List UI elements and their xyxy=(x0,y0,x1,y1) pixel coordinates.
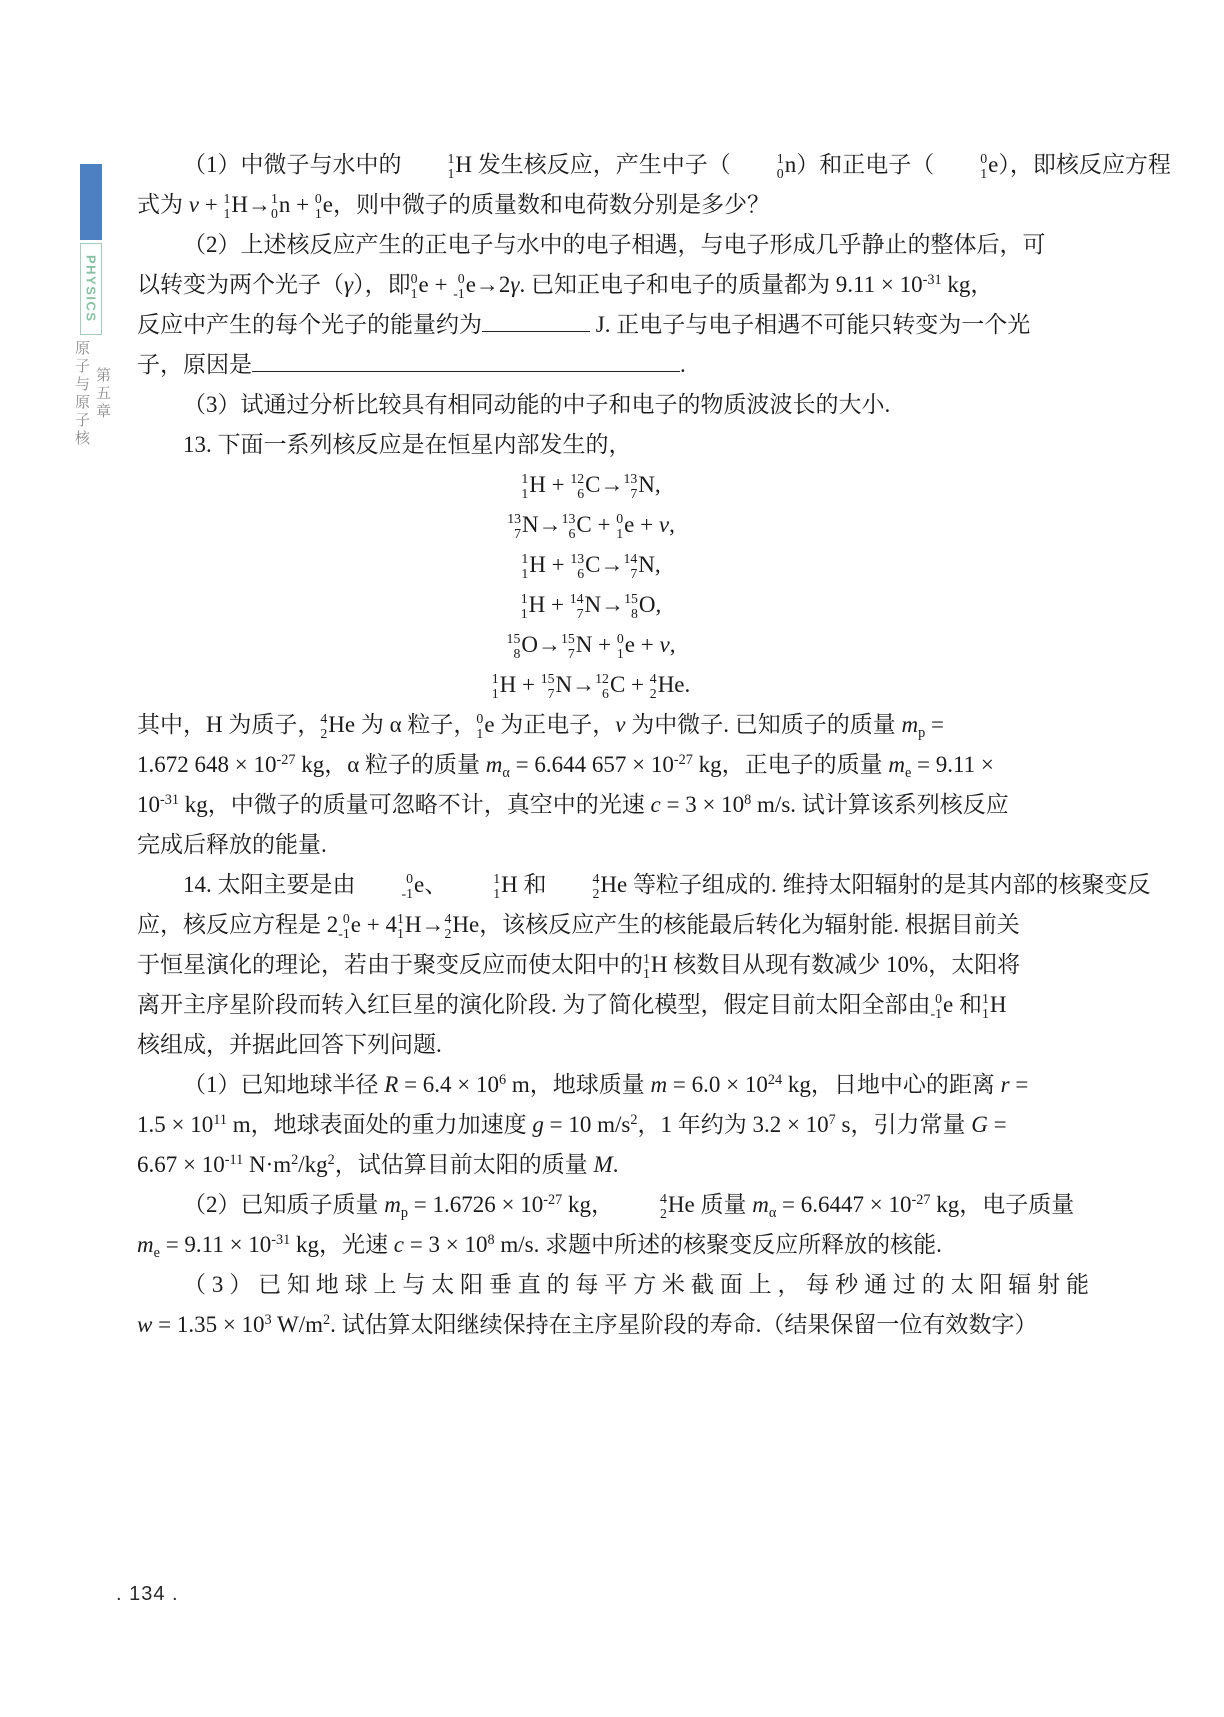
nuclide-symbol: e xyxy=(988,152,998,177)
text-line: 完成后释放的能量. xyxy=(137,825,1089,865)
chapter-number: 第五章 xyxy=(92,367,113,421)
nuclide-mass-charge: 11 xyxy=(521,472,528,501)
nuclide-symbol: He xyxy=(600,872,627,897)
superscript: -27 xyxy=(276,752,295,768)
text-line: 14. 太阳主要是由0-1e、11H 和42He 等粒子组成的. 维持太阳辐射的… xyxy=(137,865,1089,905)
nuclide-N: 147N xyxy=(623,552,654,577)
nuclide-e: 01e xyxy=(411,272,429,297)
nuclide-mass-charge: 01 xyxy=(411,272,418,301)
nuclide-n: 10n xyxy=(731,152,796,177)
nuclide-e: 0-1e xyxy=(453,272,476,297)
superscript: 2 xyxy=(323,1312,330,1328)
nuclide-symbol: H xyxy=(529,592,546,617)
nuclide-e: 0-1e xyxy=(356,872,425,897)
math-symbol: g xyxy=(532,1112,544,1137)
text-line: w = 1.35 × 103 W/m2. 试估算太阳继续保持在主序星阶段的寿命.… xyxy=(137,1305,1089,1345)
text-line: （2）上述核反应产生的正电子与水中的电子相遇，与电子形成几乎静止的整体后，可 xyxy=(137,225,1089,265)
nuclide-e: 01e xyxy=(617,632,635,657)
subscript: α xyxy=(769,1205,776,1221)
superscript: 3 xyxy=(265,1312,272,1328)
text-line: 1.672 648 × 10-27 kg，α 粒子的质量 mα = 6.644 … xyxy=(137,745,1089,785)
fill-in-blank xyxy=(482,311,590,332)
nuclide-mass-charge: 01 xyxy=(934,152,987,181)
subscript: α xyxy=(502,765,509,781)
nuclide-H: 11H xyxy=(521,592,546,617)
subscript: e xyxy=(154,1245,160,1261)
nuclide-symbol: H xyxy=(500,672,517,697)
math-symbol: γ xyxy=(344,272,353,297)
math-symbol: w xyxy=(137,1312,152,1337)
nuclide-symbol: H xyxy=(405,912,422,937)
nuclide-N: 137N xyxy=(507,512,538,537)
superscript: 7 xyxy=(829,1112,836,1128)
equation-line: 11H + 126C→137N, xyxy=(137,465,1089,505)
text-line: 式为 ν + 11H→10n + 01e，则中微子的质量数和电荷数分别是多少？ xyxy=(137,185,1089,225)
math-symbol: m xyxy=(384,1192,401,1217)
math-symbol: ν xyxy=(189,192,199,217)
nuclide-mass-charge: 0-1 xyxy=(356,872,414,901)
physics-label-text: PHYSICS xyxy=(84,255,99,323)
nuclide-He: 42He xyxy=(444,912,479,937)
text-line: （3）已知地球上与太阳垂直的每平方米截面上，每秒通过的太阳辐射能 xyxy=(137,1265,1089,1305)
nuclide-e: 01e xyxy=(476,712,494,737)
nuclide-mass-charge: 137 xyxy=(623,472,637,501)
nuclide-mass-charge: 137 xyxy=(507,512,521,541)
nuclide-H: 11H xyxy=(397,912,422,937)
nuclide-symbol: N xyxy=(638,472,655,497)
text-line: 13. 下面一系列核反应是在恒星内部发生的， xyxy=(137,425,1089,465)
nuclide-mass-charge: 126 xyxy=(570,472,584,501)
nuclide-symbol: C xyxy=(585,552,600,577)
nuclide-mass-charge: 11 xyxy=(982,992,989,1021)
nuclide-e: 01e xyxy=(616,512,634,537)
nuclide-mass-charge: 157 xyxy=(541,672,555,701)
math-symbol: ν xyxy=(659,512,669,537)
text-line: 于恒星演化的理论，若由于聚变反应而使太阳中的11H 核数目从现有数减少 10%，… xyxy=(137,945,1089,985)
superscript: 24 xyxy=(768,1072,782,1088)
superscript: -11 xyxy=(225,1152,243,1168)
fill-in-blank xyxy=(252,351,680,372)
nuclide-symbol: He xyxy=(452,912,479,937)
math-symbol: m xyxy=(902,712,919,737)
nuclide-symbol: C xyxy=(576,512,591,537)
text-line: 应，核反应方程是 20-1e + 411H→42He，该核反应产生的核能最后转化… xyxy=(137,905,1089,945)
superscript: 2 xyxy=(328,1152,335,1168)
subscript: e xyxy=(905,765,911,781)
superscript: -27 xyxy=(543,1192,562,1208)
math-symbol: M xyxy=(594,1152,613,1177)
nuclide-mass-charge: 11 xyxy=(402,152,455,181)
text-line: 6.67 × 10-11 N·m2/kg2，试估算目前太阳的质量 M. xyxy=(137,1145,1089,1185)
nuclide-e: 0-1e xyxy=(931,992,954,1017)
text-line: 子，原因是. xyxy=(137,345,1089,385)
nuclide-mass-charge: 42 xyxy=(444,912,451,941)
text-line: （2）已知质子质量 mp = 1.6726 × 10-27 kg，42He 质量… xyxy=(137,1185,1089,1225)
nuclide-H: 11H xyxy=(521,552,546,577)
nuclide-mass-charge: 136 xyxy=(570,552,584,581)
nuclide-H: 11H xyxy=(492,672,517,697)
nuclide-mass-charge: 147 xyxy=(570,592,584,621)
math-symbol: ν xyxy=(615,712,625,737)
nuclide-H: 11H xyxy=(223,192,248,217)
superscript: -31 xyxy=(923,272,942,288)
equation-line: 11H + 147N→158O, xyxy=(137,585,1089,625)
nuclide-mass-charge: 11 xyxy=(447,872,500,901)
nuclide-symbol: C xyxy=(585,472,600,497)
equation-line: 11H + 136C→147N, xyxy=(137,545,1089,585)
nuclide-mass-charge: 0-1 xyxy=(931,992,943,1021)
nuclide-symbol: e xyxy=(323,192,333,217)
nuclide-mass-charge: 01 xyxy=(315,192,322,221)
nuclide-symbol: n xyxy=(279,192,291,217)
problem-content: （1）中微子与水中的11H 发生核反应，产生中子（10n）和正电子（01e），即… xyxy=(137,145,1089,1345)
nuclide-H: 11H xyxy=(982,992,1007,1017)
text-line: （1）已知地球半径 R = 6.4 × 106 m，地球质量 m = 6.0 ×… xyxy=(137,1065,1089,1105)
nuclide-C: 126C xyxy=(570,472,600,497)
nuclide-e: 01e xyxy=(934,152,998,177)
subscript: p xyxy=(918,725,925,741)
nuclide-H: 11H xyxy=(402,152,473,177)
nuclide-He: 42He xyxy=(614,1192,695,1217)
nuclide-symbol: H xyxy=(529,472,546,497)
nuclide-mass-charge: 158 xyxy=(507,632,521,661)
math-symbol: c xyxy=(651,792,661,817)
math-symbol: m xyxy=(888,752,905,777)
nuclide-H: 11H xyxy=(447,872,518,897)
nuclide-symbol: e xyxy=(484,712,494,737)
nuclide-symbol: e xyxy=(466,272,476,297)
superscript: -31 xyxy=(271,1232,290,1248)
nuclide-e: 01e xyxy=(315,192,333,217)
nuclide-C: 136C xyxy=(562,512,592,537)
nuclide-O: 158O xyxy=(507,632,538,657)
nuclide-N: 137N xyxy=(623,472,654,497)
nuclide-symbol: e xyxy=(625,632,635,657)
superscript: 6 xyxy=(499,1072,506,1088)
nuclide-symbol: e xyxy=(943,992,953,1017)
text-line: 以转变为两个光子（γ），即01e + 0-1e→2γ. 已知正电子和电子的质量都… xyxy=(137,265,1089,305)
subscript: p xyxy=(401,1205,408,1221)
text-line: 10-31 kg，中微子的质量可忽略不计，真空中的光速 c = 3 × 108 … xyxy=(137,785,1089,825)
superscript: -27 xyxy=(911,1192,930,1208)
nuclide-mass-charge: 11 xyxy=(521,552,528,581)
nuclide-mass-charge: 42 xyxy=(320,712,327,741)
nuclide-N: 157N xyxy=(561,632,592,657)
superscript: 11 xyxy=(213,1112,227,1128)
nuclide-mass-charge: 0-1 xyxy=(338,912,350,941)
nuclide-H: 11H xyxy=(643,952,668,977)
math-symbol: G xyxy=(971,1112,988,1137)
text-line: 其中，H 为质子，42He 为 α 粒子，01e 为正电子，ν 为中微子. 已知… xyxy=(137,705,1089,745)
nuclide-symbol: He xyxy=(328,712,355,737)
text-line: （1）中微子与水中的11H 发生核反应，产生中子（10n）和正电子（01e），即… xyxy=(137,145,1089,185)
nuclide-mass-charge: 11 xyxy=(397,912,404,941)
math-symbol: m xyxy=(651,1072,668,1097)
nuclide-symbol: e xyxy=(351,912,361,937)
math-symbol: m xyxy=(137,1232,154,1257)
physics-accent-bar xyxy=(80,164,102,240)
nuclide-symbol: e xyxy=(414,872,424,897)
superscript: 2 xyxy=(291,1152,298,1168)
text-line: 1.5 × 1011 m，地球表面处的重力加速度 g = 10 m/s2，1 年… xyxy=(137,1105,1089,1145)
nuclide-symbol: n xyxy=(785,152,797,177)
nuclide-He: 42He xyxy=(320,712,355,737)
nuclide-O: 158O xyxy=(624,592,655,617)
math-symbol: c xyxy=(394,1232,404,1257)
nuclide-C: 136C xyxy=(570,552,600,577)
equation-line: 137N→136C + 01e + ν, xyxy=(137,505,1089,545)
superscript: -31 xyxy=(160,792,179,808)
nuclide-H: 11H xyxy=(521,472,546,497)
nuclide-symbol: O xyxy=(521,632,538,657)
equation-line: 158O→157N + 01e + ν, xyxy=(137,625,1089,665)
nuclide-mass-charge: 10 xyxy=(271,192,278,221)
nuclide-symbol: He xyxy=(658,672,685,697)
nuclide-e: 0-1e xyxy=(338,912,361,937)
nuclide-symbol: H xyxy=(651,952,668,977)
nuclide-mass-charge: 11 xyxy=(643,952,650,981)
nuclide-symbol: H xyxy=(529,552,546,577)
math-symbol: m xyxy=(486,752,503,777)
superscript: 8 xyxy=(487,1232,494,1248)
nuclide-mass-charge: 158 xyxy=(624,592,638,621)
nuclide-symbol: N xyxy=(522,512,539,537)
nuclide-mass-charge: 147 xyxy=(623,552,637,581)
nuclide-mass-charge: 157 xyxy=(561,632,575,661)
chapter-title: 原子与原子核 xyxy=(71,340,92,448)
nuclide-symbol: H xyxy=(455,152,472,177)
superscript: 2 xyxy=(630,1112,637,1128)
chapter-marker: 第五章 原子与原子核 xyxy=(71,340,113,448)
nuclide-mass-charge: 11 xyxy=(223,192,230,221)
nuclide-symbol: H xyxy=(501,872,518,897)
math-symbol: m xyxy=(752,1192,769,1217)
text-line: 离开主序星阶段而转入红巨星的演化阶段. 为了简化模型，假定目前太阳全部由0-1e… xyxy=(137,985,1089,1025)
text-line: 反应中产生的每个光子的能量约为 J. 正电子与电子相遇不可能只转变为一个光 xyxy=(137,305,1089,345)
text-line: me = 9.11 × 10-31 kg，光速 c = 3 × 108 m/s.… xyxy=(137,1225,1089,1265)
nuclide-mass-charge: 01 xyxy=(617,632,624,661)
nuclide-He: 42He xyxy=(650,672,685,697)
physics-vertical-label: PHYSICS xyxy=(80,243,102,335)
nuclide-He: 42He xyxy=(547,872,628,897)
nuclide-mass-charge: 42 xyxy=(547,872,600,901)
math-symbol: R xyxy=(384,1072,398,1097)
nuclide-symbol: H xyxy=(990,992,1007,1017)
nuclide-N: 157N xyxy=(541,672,572,697)
text-line: （3）试通过分析比较具有相同动能的中子和电子的物质波波长的大小. xyxy=(137,385,1089,425)
nuclide-mass-charge: 01 xyxy=(616,512,623,541)
nuclide-N: 147N xyxy=(570,592,601,617)
nuclide-symbol: N xyxy=(585,592,602,617)
text-line: 核组成，并据此回答下列问题. xyxy=(137,1025,1089,1065)
nuclide-n: 10n xyxy=(271,192,290,217)
nuclide-symbol: He xyxy=(668,1192,695,1217)
nuclide-symbol: N xyxy=(638,552,655,577)
nuclide-symbol: N xyxy=(576,632,593,657)
math-symbol: r xyxy=(1001,1072,1010,1097)
nuclide-mass-charge: 42 xyxy=(650,672,657,701)
nuclide-mass-charge: 10 xyxy=(731,152,784,181)
page-number: . 134 . xyxy=(116,1583,179,1606)
math-symbol: ν xyxy=(659,632,669,657)
nuclide-mass-charge: 11 xyxy=(492,672,499,701)
superscript: -27 xyxy=(674,752,693,768)
equation-line: 11H + 157N→126C + 42He. xyxy=(137,665,1089,705)
nuclide-symbol: C xyxy=(610,672,625,697)
nuclide-symbol: N xyxy=(556,672,573,697)
nuclide-mass-charge: 11 xyxy=(521,592,528,621)
superscript: 8 xyxy=(744,792,751,808)
nuclide-mass-charge: 126 xyxy=(595,672,609,701)
textbook-page: PHYSICS 第五章 原子与原子核 （1）中微子与水中的11H 发生核反应，产… xyxy=(0,0,1224,1717)
nuclide-symbol: O xyxy=(639,592,656,617)
nuclide-mass-charge: 0-1 xyxy=(453,272,465,301)
nuclide-symbol: e xyxy=(418,272,428,297)
nuclide-symbol: H xyxy=(231,192,248,217)
nuclide-mass-charge: 42 xyxy=(614,1192,667,1221)
nuclide-C: 126C xyxy=(595,672,625,697)
nuclide-mass-charge: 136 xyxy=(562,512,576,541)
nuclide-mass-charge: 01 xyxy=(476,712,483,741)
nuclide-symbol: e xyxy=(624,512,634,537)
